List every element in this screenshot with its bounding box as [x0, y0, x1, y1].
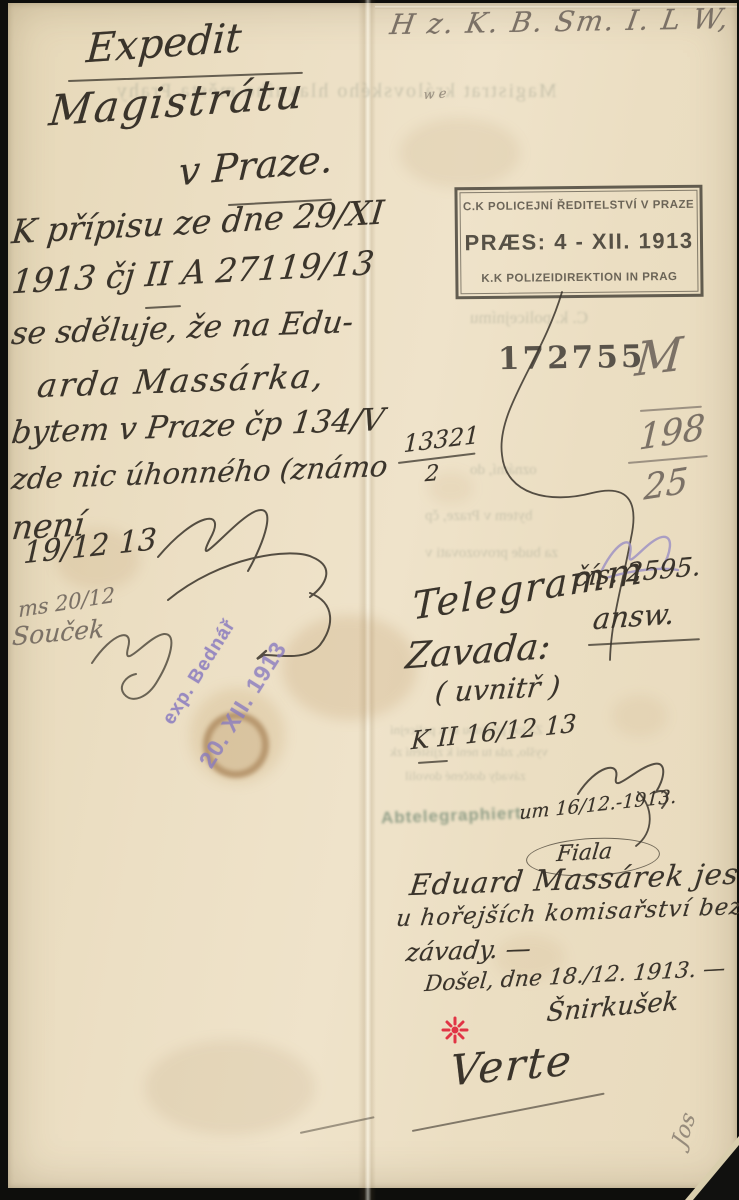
paraph-flourish [78, 608, 188, 708]
pencil-header: H z. K. B. Sm. I. L W, [388, 2, 733, 41]
bleedthrough-text: závady dotčené dovolil [405, 768, 526, 784]
pencil-small-mark: w e [423, 86, 447, 103]
vertical-fold-crease [358, 0, 376, 1200]
report-line: závady. — [404, 934, 532, 967]
scanned-document-page: Magistrat královského hlavního města Pra… [0, 0, 739, 1200]
red-rosette-mark [440, 1015, 470, 1045]
police-stamp-inner-border: C.K POLICEJNÍ ŘEDITELSTVÍ V PRAZE PRÆS: … [459, 190, 698, 294]
police-stamp-line1: C.K POLICEJNÍ ŘEDITELSTVÍ V PRAZE [463, 199, 694, 213]
uvnitr-word: ( uvnitř ) [434, 669, 562, 709]
police-stamp-date-line: PRÆS: 4 - XII. 1913 [464, 228, 693, 256]
answ-word: answ. [591, 596, 676, 636]
